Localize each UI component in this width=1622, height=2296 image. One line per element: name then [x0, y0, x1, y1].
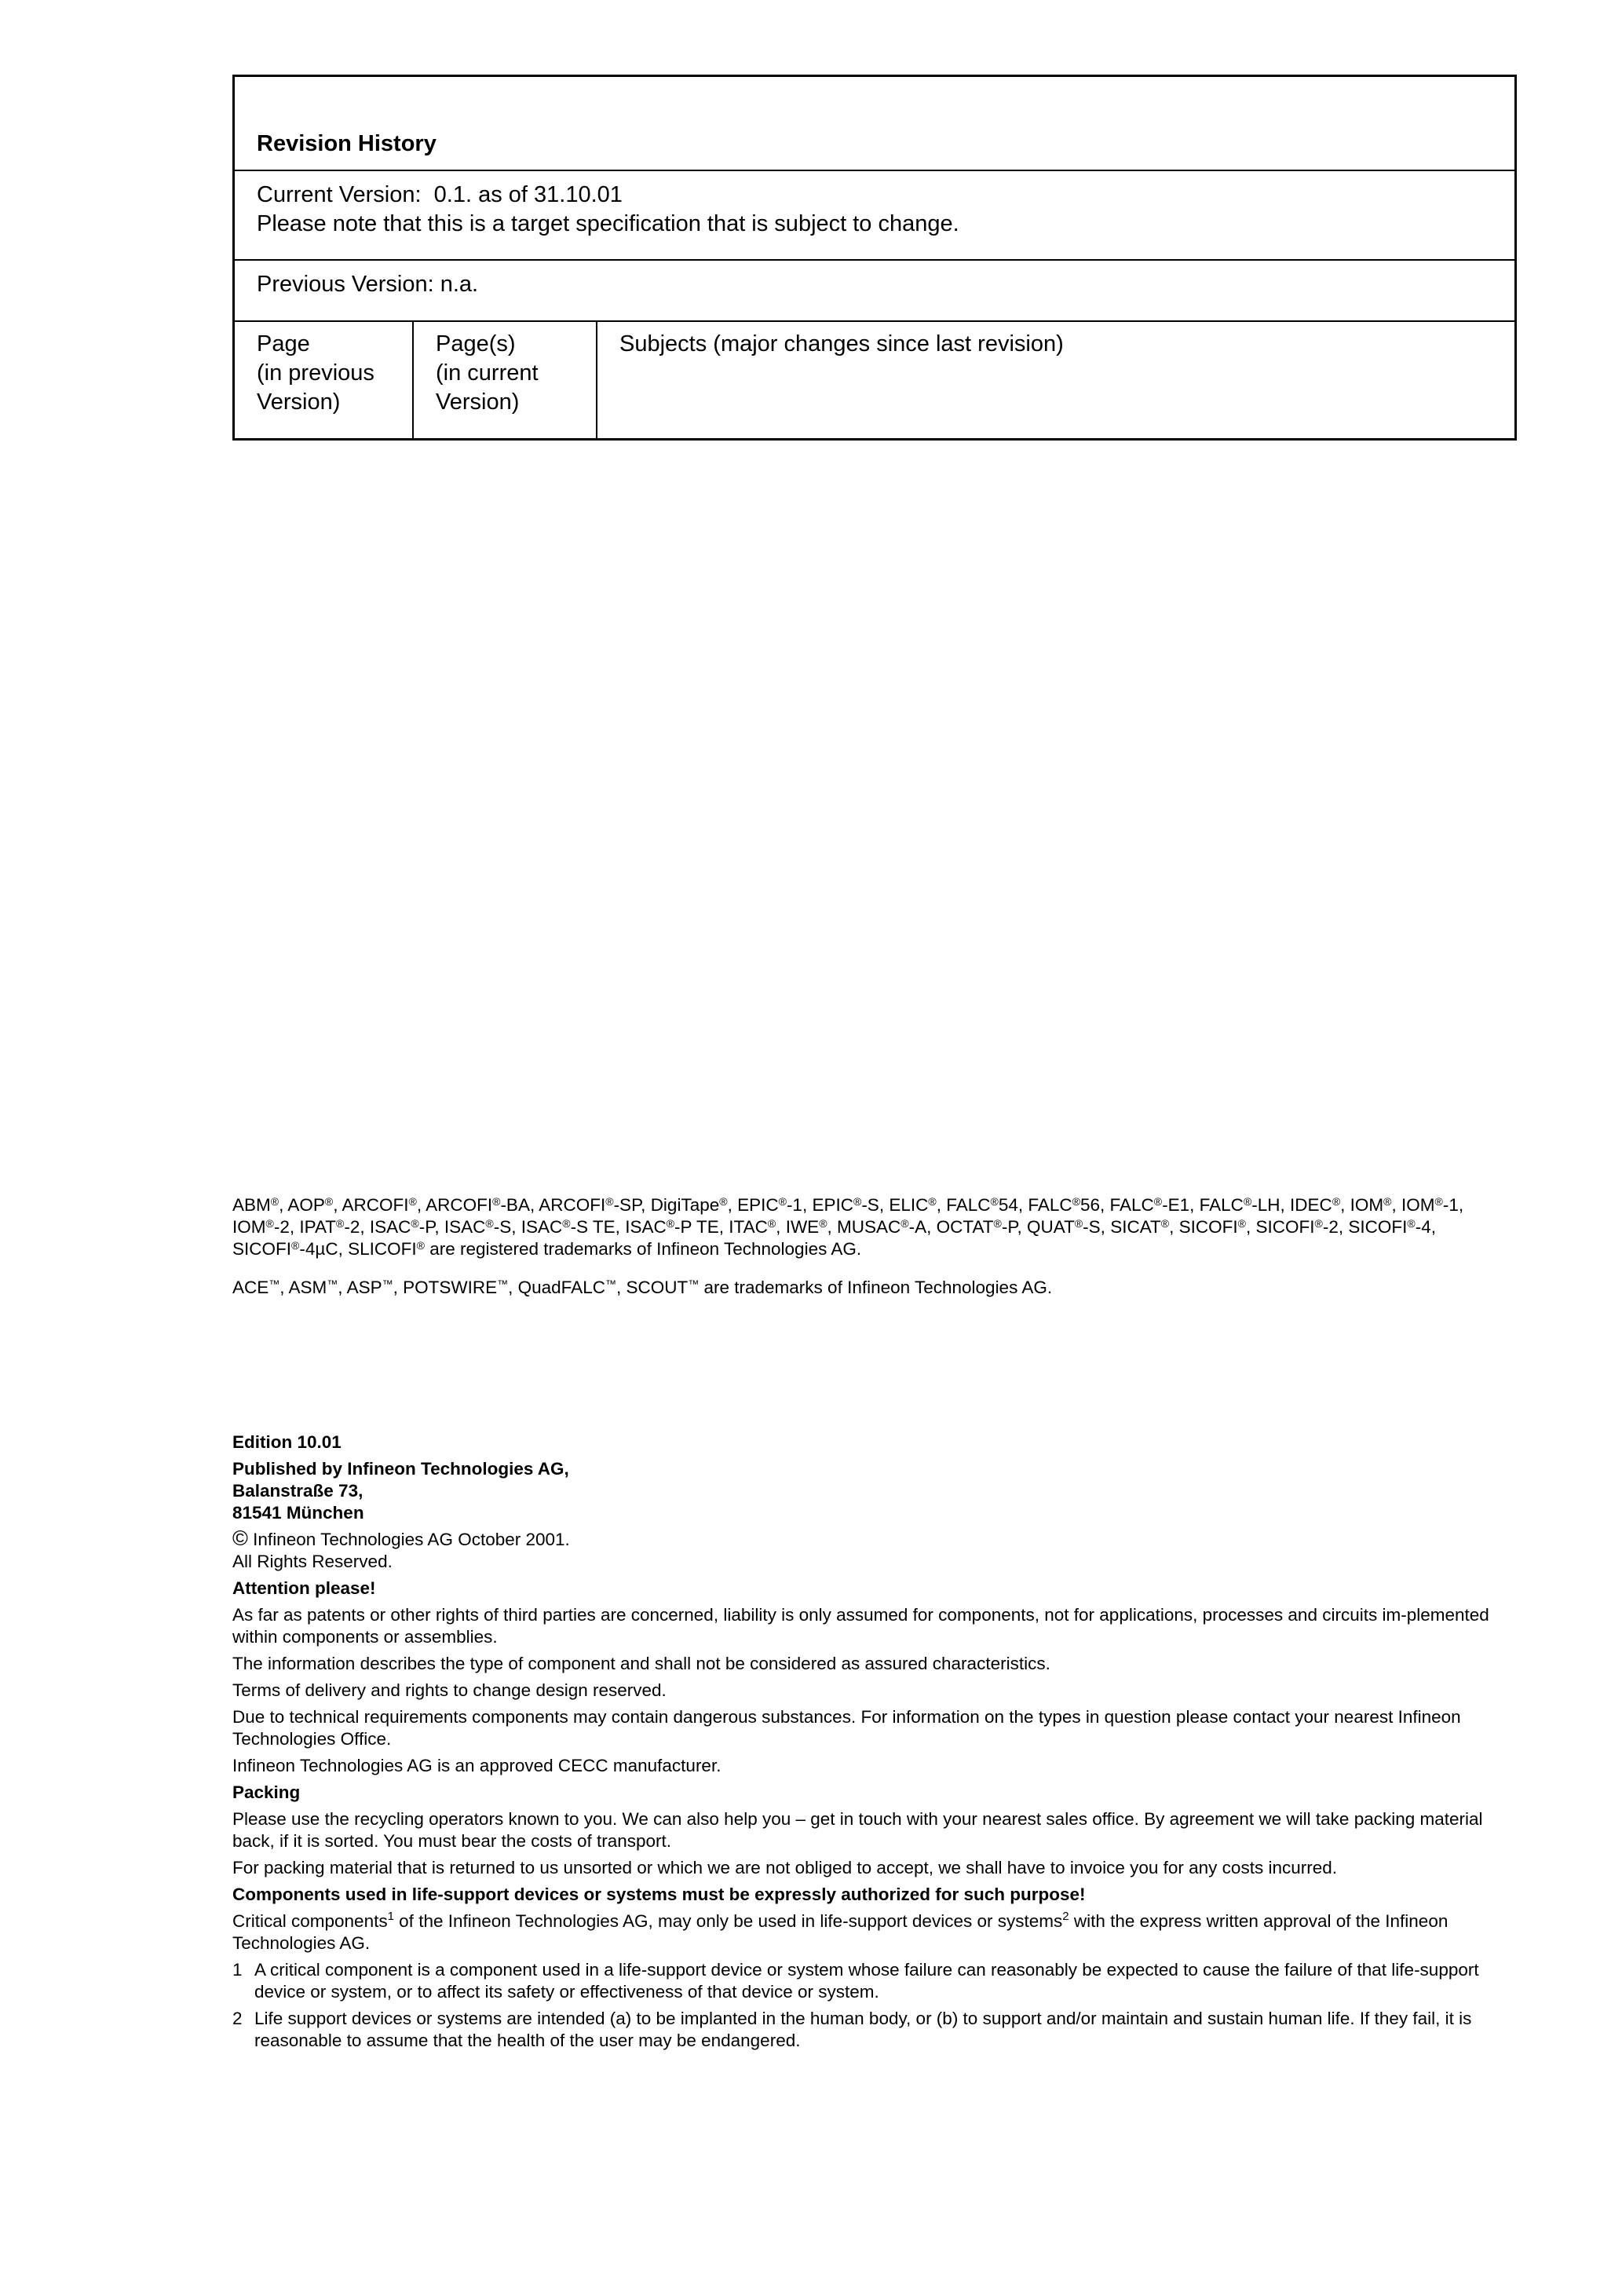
trademark-icon: ™	[327, 1278, 338, 1290]
registered-mark-icon: ®	[1244, 1195, 1251, 1208]
footnote: 1A critical component is a component use…	[232, 1959, 1517, 2003]
trademark-icon: ™	[688, 1278, 699, 1290]
copyright-block: © Infineon Technologies AG October 2001.…	[232, 1529, 1517, 1573]
trademark-icon: ™	[382, 1278, 393, 1290]
previous-version-cell: Previous Version: n.a.	[234, 260, 1516, 321]
registered-mark-icon: ®	[325, 1195, 333, 1208]
packing-heading: Packing	[232, 1782, 1517, 1804]
revision-column-headers: Page(in previousVersion) Page(s)(in curr…	[234, 321, 1516, 440]
registered-mark-icon: ®	[605, 1195, 613, 1208]
attention-paragraph: Due to technical requirements components…	[232, 1706, 1517, 1750]
registered-mark-icon: ®	[901, 1217, 908, 1230]
attention-paragraph: As far as patents or other rights of thi…	[232, 1604, 1517, 1648]
registered-mark-icon: ®	[1161, 1217, 1169, 1230]
trademarks-paragraph: ACE™, ASM™, ASP™, POTSWIRE™, QuadFALC™, …	[232, 1277, 1517, 1299]
attention-paragraph: The information describes the type of co…	[232, 1653, 1517, 1675]
registered-mark-icon: ®	[994, 1217, 1002, 1230]
registered-mark-icon: ®	[928, 1195, 936, 1208]
registered-mark-icon: ®	[819, 1217, 827, 1230]
registered-mark-icon: ®	[266, 1217, 274, 1230]
registered-mark-icon: ®	[417, 1239, 425, 1252]
revision-history-title: Revision History	[234, 76, 1516, 171]
trademark-icon: ™	[497, 1278, 508, 1290]
column-subjects: Subjects (major changes since last revis…	[597, 321, 1516, 440]
registered-mark-icon: ®	[667, 1217, 674, 1230]
attention-paragraph: Infineon Technologies AG is an approved …	[232, 1755, 1517, 1777]
registered-mark-icon: ®	[1072, 1195, 1080, 1208]
registered-mark-icon: ®	[1075, 1217, 1083, 1230]
registered-mark-icon: ®	[1154, 1195, 1162, 1208]
packing-paragraph: For packing material that is returned to…	[232, 1857, 1517, 1879]
registered-mark-icon: ®	[336, 1217, 344, 1230]
attention-paragraphs: As far as patents or other rights of thi…	[232, 1604, 1517, 1777]
registered-mark-icon: ®	[990, 1195, 998, 1208]
registered-mark-icon: ®	[492, 1195, 500, 1208]
revision-history-table: Revision History Current Version: 0.1. a…	[232, 75, 1517, 441]
registered-mark-icon: ®	[1435, 1195, 1443, 1208]
packing-paragraphs: Please use the recycling operators known…	[232, 1808, 1517, 1879]
registered-mark-icon: ®	[271, 1195, 279, 1208]
column-page-previous: Page(in previousVersion)	[234, 321, 414, 440]
registered-trademarks-paragraph: ABM®, AOP®, ARCOFI®, ARCOFI®-BA, ARCOFI®…	[232, 1194, 1517, 1260]
registered-mark-icon: ®	[853, 1195, 861, 1208]
registered-mark-icon: ®	[1238, 1217, 1246, 1230]
registered-mark-icon: ®	[411, 1217, 418, 1230]
life-support-heading: Components used in life-support devices …	[232, 1884, 1517, 1906]
registered-mark-icon: ®	[409, 1195, 417, 1208]
registered-mark-icon: ®	[1383, 1195, 1391, 1208]
footnote: 2Life support devices or systems are int…	[232, 2008, 1517, 2052]
registered-mark-icon: ®	[562, 1217, 570, 1230]
registered-mark-icon: ®	[768, 1217, 776, 1230]
imprint-section: Edition 10.01 Published by Infineon Tech…	[232, 1431, 1517, 2057]
current-version-cell: Current Version: 0.1. as of 31.10.01 Ple…	[234, 170, 1516, 260]
packing-paragraph: Please use the recycling operators known…	[232, 1808, 1517, 1852]
trademark-icon: ™	[605, 1278, 616, 1290]
footnotes: 1A critical component is a component use…	[232, 1959, 1517, 2052]
registered-mark-icon: ®	[291, 1239, 299, 1252]
registered-mark-icon: ®	[485, 1217, 493, 1230]
registered-mark-icon: ®	[1332, 1195, 1340, 1208]
copyright-icon: ©	[232, 1526, 248, 1550]
registered-mark-icon: ®	[779, 1195, 787, 1208]
trademark-icon: ™	[269, 1278, 279, 1290]
publisher-block: Published by Infineon Technologies AG, B…	[232, 1458, 1517, 1524]
registered-mark-icon: ®	[1407, 1217, 1415, 1230]
life-support-paragraph: Critical components1 of the Infineon Tec…	[232, 1910, 1517, 1954]
current-version-note: Please note that this is a target specif…	[257, 210, 1492, 239]
registered-mark-icon: ®	[719, 1195, 727, 1208]
edition-label: Edition 10.01	[232, 1431, 1517, 1453]
attention-heading: Attention please!	[232, 1578, 1517, 1600]
registered-mark-icon: ®	[1315, 1217, 1323, 1230]
attention-paragraph: Terms of delivery and rights to change d…	[232, 1680, 1517, 1702]
current-version-line: Current Version: 0.1. as of 31.10.01	[257, 181, 1492, 210]
column-pages-current: Page(s)(in currentVersion)	[413, 321, 597, 440]
